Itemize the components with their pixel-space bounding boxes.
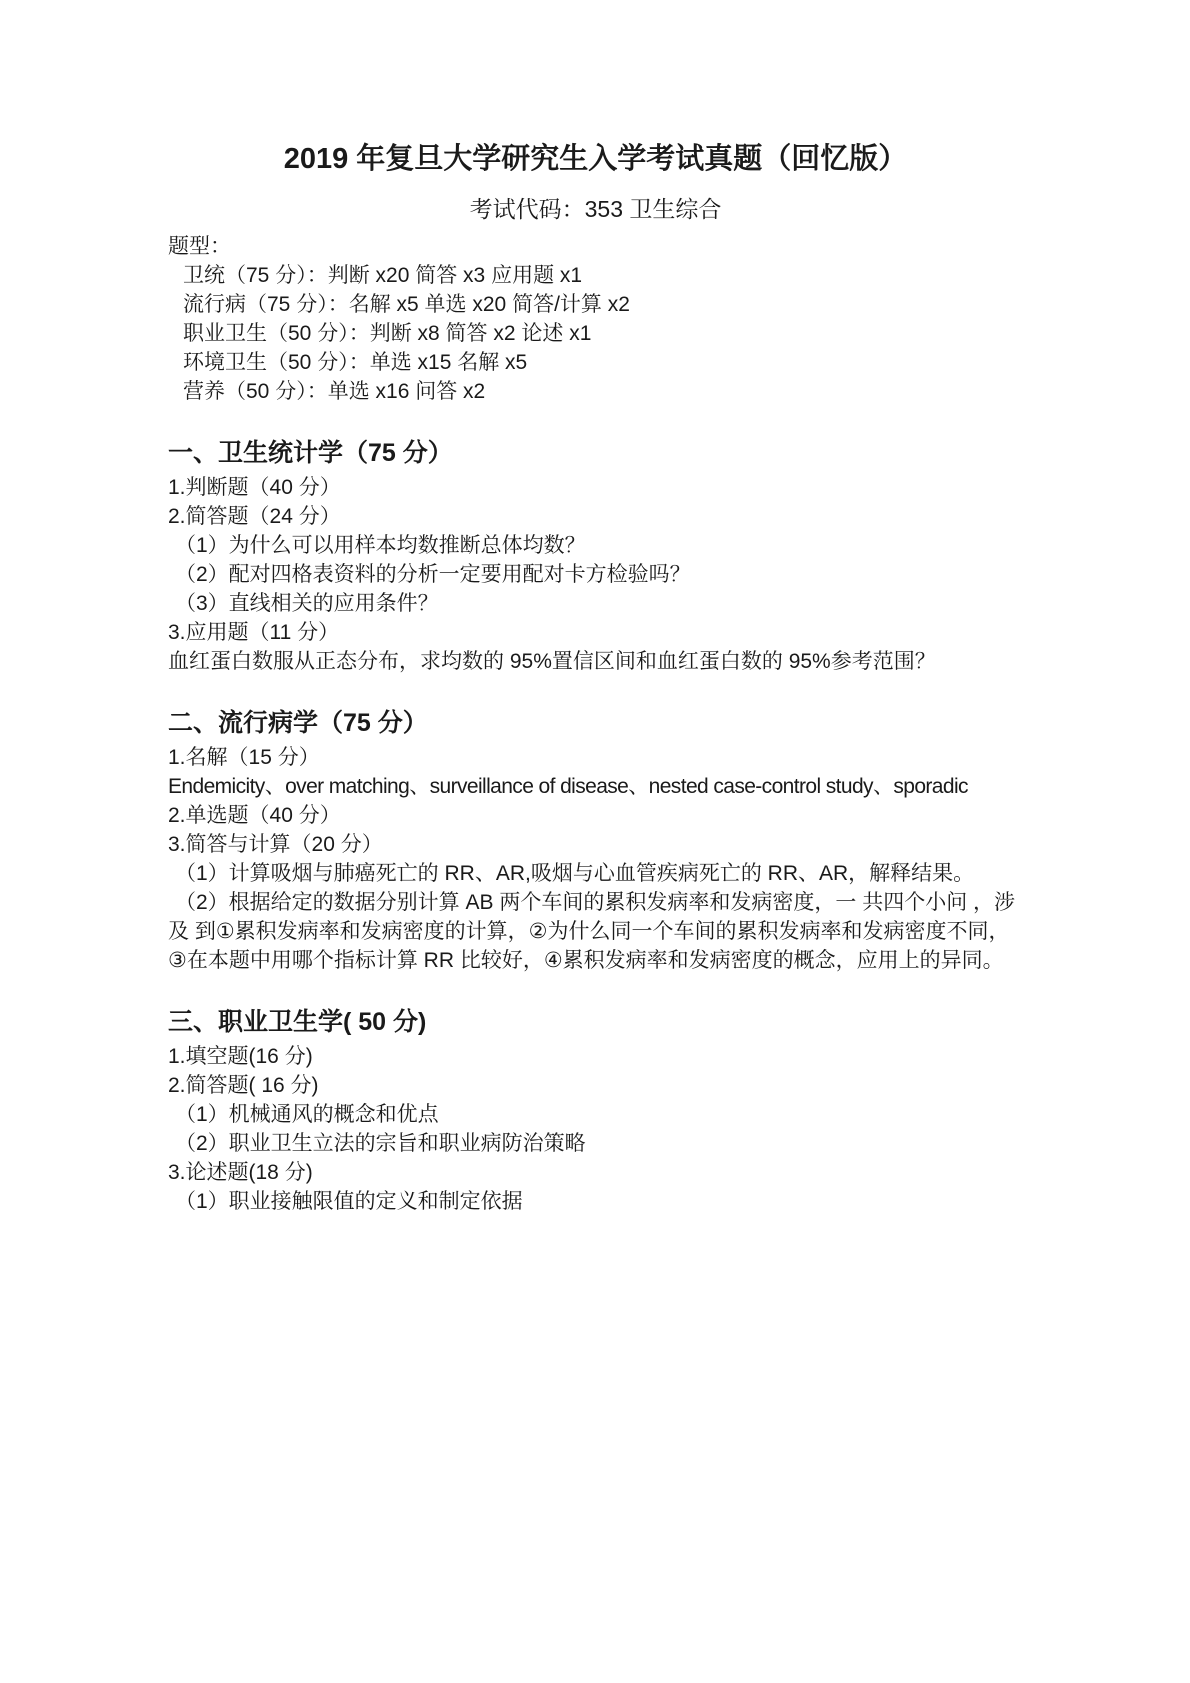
section-line: 及 到①累积发病率和发病密度的计算，②为什么同一个车间的累积发病率和发病密度不同… <box>168 917 1023 946</box>
section-line: 3.论述题(18 分) <box>168 1158 1023 1187</box>
section-line: （1）计算吸烟与肺癌死亡的 RR、AR,吸烟与心血管疾病死亡的 RR、AR，解释… <box>168 859 1023 888</box>
section-line: （2）职业卫生立法的宗旨和职业病防治策略 <box>168 1129 1023 1158</box>
section-line: 3.应用题（11 分） <box>168 618 1023 647</box>
section-line: 3.简答与计算（20 分） <box>168 830 1023 859</box>
section-heading: 一、卫生统计学（75 分） <box>168 436 1023 470</box>
section-line: 2.简答题（24 分） <box>168 502 1023 531</box>
document-page: 2019 年复旦大学研究生入学考试真题（回忆版） 考试代码：353 卫生综合 题… <box>0 0 1190 1683</box>
section-line: （3）直线相关的应用条件？ <box>168 589 1023 618</box>
intro-item: 环境卫生（50 分）：单选 x15 名解 x5 <box>168 348 1023 377</box>
section-line: 1.判断题（40 分） <box>168 473 1023 502</box>
intro-item: 卫统（75 分）：判断 x20 简答 x3 应用题 x1 <box>168 261 1023 290</box>
page-title: 2019 年复旦大学研究生入学考试真题（回忆版） <box>168 140 1023 178</box>
section-line: （1）职业接触限值的定义和制定依据 <box>168 1187 1023 1216</box>
intro-item: 流行病（75 分）：名解 x5 单选 x20 简答/计算 x2 <box>168 290 1023 319</box>
section-line: （2）配对四格表资料的分析一定要用配对卡方检验吗？ <box>168 560 1023 589</box>
section-line: （1）为什么可以用样本均数推断总体均数？ <box>168 531 1023 560</box>
section-biostatistics: 一、卫生统计学（75 分） 1.判断题（40 分） 2.简答题（24 分） （1… <box>168 436 1023 676</box>
section-line: Endemicity、over matching、surveillance of… <box>168 772 1023 801</box>
intro-item: 职业卫生（50 分）：判断 x8 简答 x2 论述 x1 <box>168 319 1023 348</box>
section-line: 1.填空题(16 分) <box>168 1042 1023 1071</box>
exam-code-subtitle: 考试代码：353 卫生综合 <box>168 194 1023 224</box>
section-line: （1）机械通风的概念和优点 <box>168 1100 1023 1129</box>
section-line: 1.名解（15 分） <box>168 743 1023 772</box>
question-types-block: 题型： 卫统（75 分）：判断 x20 简答 x3 应用题 x1 流行病（75 … <box>168 232 1023 406</box>
section-line: （2）根据给定的数据分别计算 AB 两个车间的累积发病率和发病密度，一 共四个小… <box>168 888 1023 917</box>
section-line: 2.单选题（40 分） <box>168 801 1023 830</box>
section-epidemiology: 二、流行病学（75 分） 1.名解（15 分） Endemicity、over … <box>168 706 1023 975</box>
section-line: 血红蛋白数服从正态分布，求均数的 95%置信区间和血红蛋白数的 95%参考范围？ <box>168 647 1023 676</box>
intro-item: 营养（50 分）：单选 x16 问答 x2 <box>168 377 1023 406</box>
section-heading: 三、职业卫生学( 50 分) <box>168 1005 1023 1039</box>
intro-label: 题型： <box>168 232 1023 261</box>
section-line: ③在本题中用哪个指标计算 RR 比较好，④累积发病率和发病密度的概念，应用上的异… <box>168 946 1023 975</box>
section-heading: 二、流行病学（75 分） <box>168 706 1023 740</box>
section-line: 2.简答题( 16 分) <box>168 1071 1023 1100</box>
section-occupational-health: 三、职业卫生学( 50 分) 1.填空题(16 分) 2.简答题( 16 分) … <box>168 1005 1023 1216</box>
